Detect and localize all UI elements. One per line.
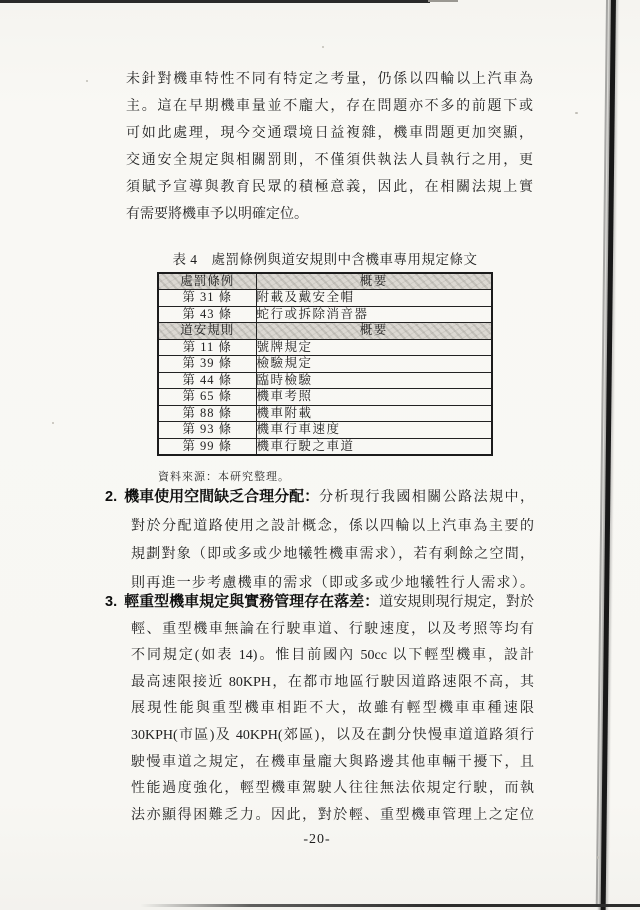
item-lead-text: 道安規則現行規定，對於 (379, 590, 534, 617)
table-cell: 第 39 條 (158, 356, 256, 373)
table-cell: 第 31 條 (158, 290, 256, 307)
text-line: 2. 機車使用空間缺乏合理分配： 分析現行我國相關公路法規中， (105, 483, 534, 513)
table-cell: 機車考照 (256, 389, 492, 406)
text-line: 3. 輕重型機車規定與實務管理存在落差： 道安規則現行規定，對於 (105, 589, 534, 617)
scan-speck (52, 422, 54, 424)
table-cell: 第 11 條 (158, 339, 256, 356)
text-line: 主。這在早期機車量並不龐大，存在問題亦不多的前題下或 (126, 93, 533, 120)
table-row: 第 43 條 蛇行或拆除消音器 (158, 306, 492, 323)
table-cell: 機車附載 (256, 405, 492, 422)
text-line: 最高速限接近 80KPH，在都市地區行駛因道路速限不高，其 (131, 670, 534, 697)
item-number: 2. (105, 483, 117, 512)
table-cell: 第 93 條 (158, 422, 256, 439)
text-line: 規劃對象（即或多或少地犧牲機車需求），若有剩餘之空間， (131, 541, 534, 570)
table-cell: 第 43 條 (158, 306, 256, 323)
table-cell: 第 44 條 (158, 372, 256, 389)
scan-speck (597, 856, 599, 859)
table-header-row: 道安規則 概要 (158, 323, 492, 340)
table-row: 第 39 條 檢驗規定 (158, 356, 492, 373)
scan-top-edge-line-tail (428, 0, 458, 2)
text-line: 不同規定(如表 14)。惟目前國內 50cc 以下輕型機車，設計 (131, 643, 534, 670)
table-cell: 第 65 條 (158, 389, 256, 406)
text-line: 須賦予宣導與教育民眾的積極意義，因此，在相關法規上實 (126, 174, 533, 201)
table-cell: 蛇行或拆除消音器 (256, 306, 492, 323)
text-line: 未針對機車特性不同有特定之考量，仍係以四輪以上汽車為 (126, 66, 533, 93)
scan-speck (575, 112, 578, 114)
page-number: -20- (0, 832, 634, 848)
table-cell: 概要 (256, 323, 492, 340)
text-line: 30KPH(市區)及 40KPH(郊區)，以及在劃分快慢車道道路須行 (131, 723, 534, 750)
table-cell: 道安規則 (158, 323, 256, 340)
item-heading: 機車使用空間缺乏合理分配： (124, 483, 319, 512)
table-cell: 機車行車速度 (256, 422, 492, 439)
table-cell: 號牌規定 (256, 339, 492, 356)
text-line: 法亦顯得困難乏力。因此，對於輕、重型機車管理上之定位 (131, 803, 534, 830)
text-line: 對於分配道路使用之設計概念，係以四輪以上汽車為主要的 (131, 513, 534, 542)
table-cell: 附載及戴安全帽 (256, 290, 492, 307)
text-line: 交通安全規定與相關罰則，不僅須供執法人員執行之用，更 (126, 147, 533, 174)
table-cell: 機車行駛之車道 (256, 438, 492, 455)
scan-bottom-edge-line (140, 904, 640, 907)
scan-speck (322, 46, 324, 48)
text-line: 輕、重型機車無論在行駛車道、行駛速度，以及考照等均有 (131, 617, 534, 644)
table-caption: 表 4 處罰條例與道安規則中含機車專用規定條文 (157, 248, 493, 268)
scan-speck (86, 80, 88, 82)
table-row: 第 44 條 臨時檢驗 (158, 372, 492, 389)
intro-paragraph: 未針對機車特性不同有特定之考量，仍係以四輪以上汽車為 主。這在早期機車量並不龐大… (126, 66, 533, 228)
table-source-note: 資料來源：本研究整理。 (158, 468, 290, 484)
table-cell: 第 88 條 (158, 405, 256, 422)
scanned-document-page: 未針對機車特性不同有特定之考量，仍係以四輪以上汽車為 主。這在早期機車量並不龐大… (0, 0, 640, 910)
table-cell: 臨時檢驗 (256, 372, 492, 389)
item-heading: 輕重型機車規定與實務管理存在落差： (124, 589, 379, 616)
text-line: 可如此處理，現今交通環境日益複雜，機車問題更加突顯， (126, 120, 533, 147)
list-item-3: 3. 輕重型機車規定與實務管理存在落差： 道安規則現行規定，對於 輕、重型機車無… (105, 589, 534, 829)
table-row: 第 11 條 號牌規定 (158, 339, 492, 356)
text-line: 有需要將機車予以明確定位。 (126, 201, 533, 228)
list-item-2: 2. 機車使用空間缺乏合理分配： 分析現行我國相關公路法規中， 對於分配道路使用… (105, 483, 534, 598)
text-line: 展現性能與重型機車相距不大，故雖有輕型機車車種速限 (131, 696, 534, 723)
text-line: 駛慢車道之規定，在機車量龐大與路邊其他車輛干擾下，且 (131, 750, 534, 777)
table-row: 第 93 條 機車行車速度 (158, 422, 492, 439)
table-cell: 第 99 條 (158, 438, 256, 455)
item-lead-text: 分析現行我國相關公路法規中， (319, 484, 534, 513)
table-cell: 檢驗規定 (256, 356, 492, 373)
table-row: 第 65 條 機車考照 (158, 389, 492, 406)
table-header-row: 處罰條例 概要 (158, 273, 492, 290)
scan-right-edge-line (601, 0, 616, 910)
table-cell: 處罰條例 (158, 273, 256, 290)
table-row: 第 88 條 機車附載 (158, 405, 492, 422)
table-cell: 概要 (256, 273, 492, 290)
table-row: 第 31 條 附載及戴安全帽 (158, 290, 492, 307)
regulations-table: 處罰條例 概要 第 31 條 附載及戴安全帽 第 43 條 蛇行或拆除消音器 道… (157, 272, 493, 456)
item-number: 3. (105, 589, 117, 616)
table-row: 第 99 條 機車行駛之車道 (158, 438, 492, 455)
scan-top-edge-line (0, 0, 430, 3)
text-line: 性能過度強化，輕型機車駕駛人往往無法依規定行駛，而執 (131, 776, 534, 803)
